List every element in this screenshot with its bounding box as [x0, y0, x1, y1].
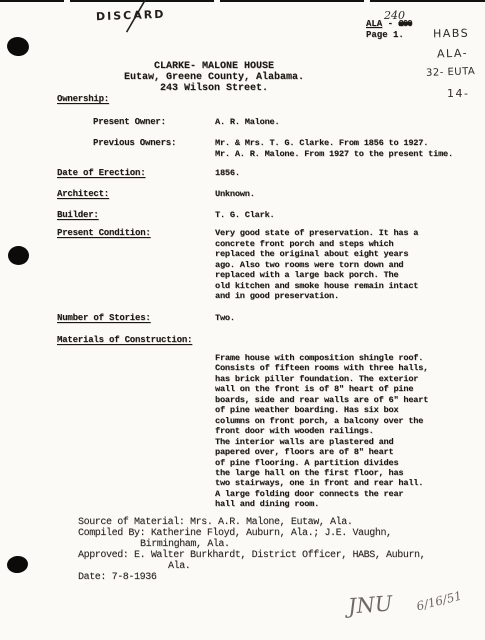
- habs-stamp-line-3: 32- EUTA: [426, 66, 476, 79]
- materials-heading: Materials of Construction:: [57, 335, 192, 345]
- builder-label: Builder:: [57, 210, 99, 220]
- date-of-erection-value: 1856.: [215, 168, 240, 179]
- compiled-by-line: Compiled By: Katherine Floyd, Auburn, Al…: [78, 528, 392, 539]
- source-of-material-line: Source of Material: Mrs. A.R. Malone, Eu…: [78, 517, 352, 528]
- date-line: Date: 7-8-1936: [78, 572, 156, 583]
- discard-slash-mark: [121, 0, 152, 34]
- previous-owners-label: Previous Owners:: [93, 138, 176, 148]
- punch-hole-middle: [8, 246, 29, 265]
- ala-prefix: ALA: [366, 19, 382, 29]
- document-page: DISCARD 240 ALA - 200 Page 1. HABS ALA- …: [0, 0, 485, 640]
- habs-stamp-line-1: HABS: [433, 27, 469, 41]
- document-title-block: CLARKE- MALONE HOUSE Eutaw, Greene Count…: [64, 62, 364, 94]
- review-date-annotation: 6/16/51: [415, 589, 463, 614]
- present-condition-value: Very good state of preservation. It has …: [215, 228, 418, 302]
- present-owner-label: Present Owner:: [93, 117, 166, 127]
- compiled-by-continuation: Birmingham, Ala.: [140, 539, 230, 550]
- title-location: Eutaw, Greene County, Alabama.: [64, 73, 364, 84]
- page-number-label: Page 1.: [366, 30, 404, 40]
- number-of-stories-label: Number of Stories:: [57, 313, 151, 323]
- section-heading-ownership: Ownership:: [57, 94, 109, 104]
- previous-owners-value: Mr. & Mrs. T. G. Clarke. From 1856 to 19…: [215, 138, 453, 159]
- present-condition-label: Present Condition:: [57, 228, 151, 238]
- punch-hole-top: [6, 36, 30, 58]
- reviewer-initials-annotation: JNU: [347, 591, 393, 618]
- approved-line: Approved: E. Walter Burkhardt, District …: [78, 550, 425, 561]
- architect-label: Architect:: [57, 189, 109, 199]
- date-of-erection-label: Date of Erection:: [57, 168, 145, 178]
- ala-crossed-out-number: 200: [398, 19, 411, 29]
- habs-stamp-line-2: ALA-: [437, 46, 469, 60]
- discard-annotation: DISCARD: [96, 5, 166, 25]
- number-of-stories-value: Two.: [215, 313, 235, 324]
- scan-edge-line: [0, 0, 485, 2]
- builder-value: T. G. Clark.: [215, 210, 275, 221]
- ala-catalog-line: ALA - 200: [366, 19, 412, 29]
- approved-continuation: Ala.: [168, 561, 190, 572]
- punch-hole-bottom: [6, 555, 29, 574]
- architect-value: Unknown.: [215, 189, 255, 200]
- ala-dash: -: [388, 19, 393, 29]
- materials-paragraph: Frame house with composition shingle roo…: [215, 353, 428, 510]
- habs-stamp-line-4: 14-: [447, 87, 469, 100]
- present-owner-value: A. R. Malone.: [215, 117, 279, 128]
- title-street: 243 Wilson Street.: [64, 84, 364, 95]
